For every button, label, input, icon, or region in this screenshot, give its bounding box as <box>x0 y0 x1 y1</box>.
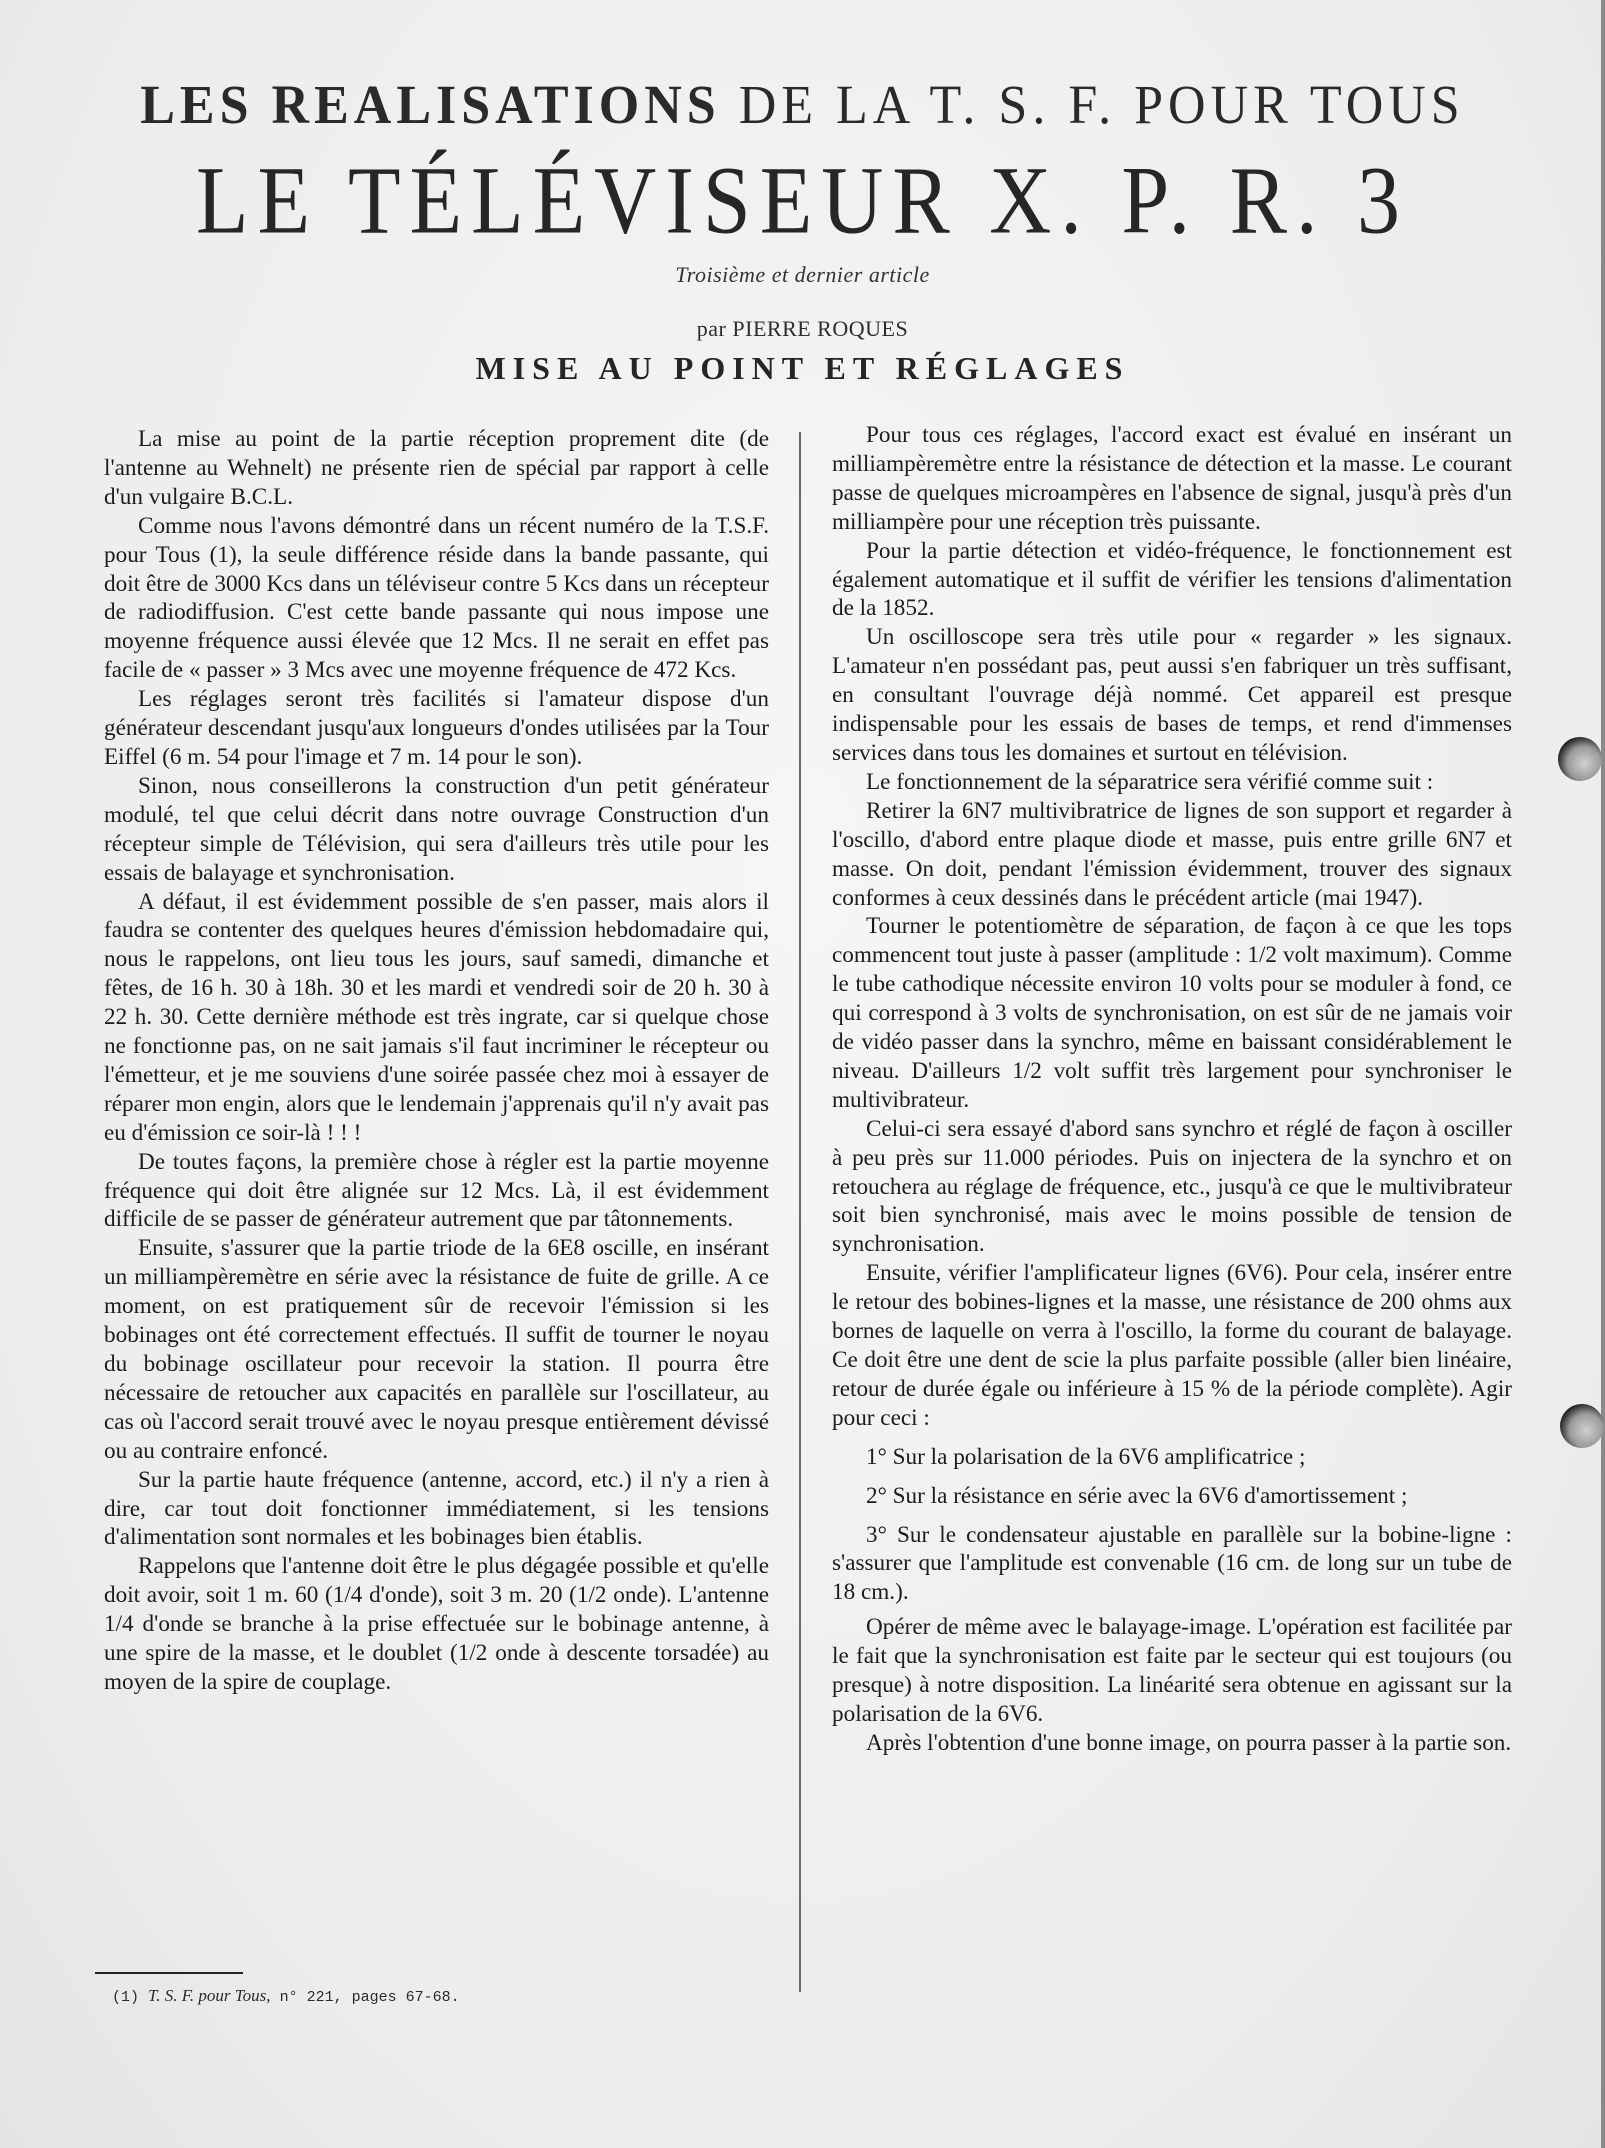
footnote-details: n° 221, pages 67-68. <box>280 1989 460 2006</box>
column-divider <box>799 432 801 1992</box>
author-name: PIERRE ROQUES <box>732 316 908 341</box>
footnote-source: T. S. F. pour Tous, <box>148 1986 271 2005</box>
paragraph: Sinon, nous conseillerons la constructio… <box>104 772 769 888</box>
left-column: La mise au point de la partie réception … <box>104 425 769 1697</box>
list-item: 3° Sur le condensateur ajustable en para… <box>832 1521 1512 1608</box>
paragraph: A défaut, il est évidemment possible de … <box>104 888 769 1148</box>
byline: par PIERRE ROQUES <box>0 316 1605 342</box>
paragraph: Tourner le potentiomètre de séparation, … <box>832 912 1512 1114</box>
article-title: LE TÉLÉVISEUR X. P. R. 3 <box>0 144 1605 256</box>
paragraph: Pour tous ces réglages, l'accord exact e… <box>832 421 1512 537</box>
paragraph: Ensuite, s'assurer que la partie triode … <box>104 1234 769 1465</box>
byline-prefix: par <box>697 316 727 341</box>
paragraph: Celui-ci sera essayé d'abord sans synchr… <box>832 1115 1512 1260</box>
paragraph: Comme nous l'avons démontré dans un réce… <box>104 512 769 685</box>
paragraph: Le fonctionnement de la séparatrice sera… <box>832 768 1512 797</box>
paragraph: Opérer de même avec le balayage-image. L… <box>832 1613 1512 1729</box>
list-item: 2° Sur la résistance en série avec la 6V… <box>832 1482 1512 1511</box>
section-title: MISE AU POINT ET RÉGLAGES <box>0 350 1605 387</box>
footnote-rule <box>95 1972 243 1974</box>
footnote: (1) T. S. F. pour Tous, n° 221, pages 67… <box>112 1986 460 2006</box>
binder-hole-icon <box>1560 1404 1604 1448</box>
list-item: 1° Sur la polarisation de la 6V6 amplifi… <box>832 1443 1512 1472</box>
right-column: Pour tous ces réglages, l'accord exact e… <box>832 421 1512 1758</box>
binder-hole-icon <box>1558 737 1602 781</box>
paragraph: De toutes façons, la première chose à ré… <box>104 1148 769 1235</box>
article-subtitle: Troisième et dernier article <box>0 262 1605 288</box>
kicker-bold: LES REALISATIONS <box>140 76 720 136</box>
paragraph: Sur la partie haute fréquence (antenne, … <box>104 1466 769 1553</box>
series-kicker: LES REALISATIONS DE LA T. S. F. POUR TOU… <box>0 75 1605 137</box>
kicker-rest: DE LA T. S. F. POUR TOUS <box>739 76 1465 136</box>
paragraph: Après l'obtention d'une bonne image, on … <box>832 1729 1512 1758</box>
paragraph: Rappelons que l'antenne doit être le plu… <box>104 1552 769 1697</box>
paragraph: Ensuite, vérifier l'amplificateur lignes… <box>832 1259 1512 1432</box>
paragraph: Les réglages seront très facilités si l'… <box>104 685 769 772</box>
paragraph: La mise au point de la partie réception … <box>104 425 769 512</box>
paragraph: Pour la partie détection et vidéo-fréque… <box>832 537 1512 624</box>
paragraph: Un oscilloscope sera très utile pour « r… <box>832 623 1512 768</box>
paragraph: Retirer la 6N7 multivibratrice de lignes… <box>832 797 1512 913</box>
footnote-marker: (1) <box>112 1989 139 2006</box>
magazine-page: LES REALISATIONS DE LA T. S. F. POUR TOU… <box>0 0 1605 2148</box>
